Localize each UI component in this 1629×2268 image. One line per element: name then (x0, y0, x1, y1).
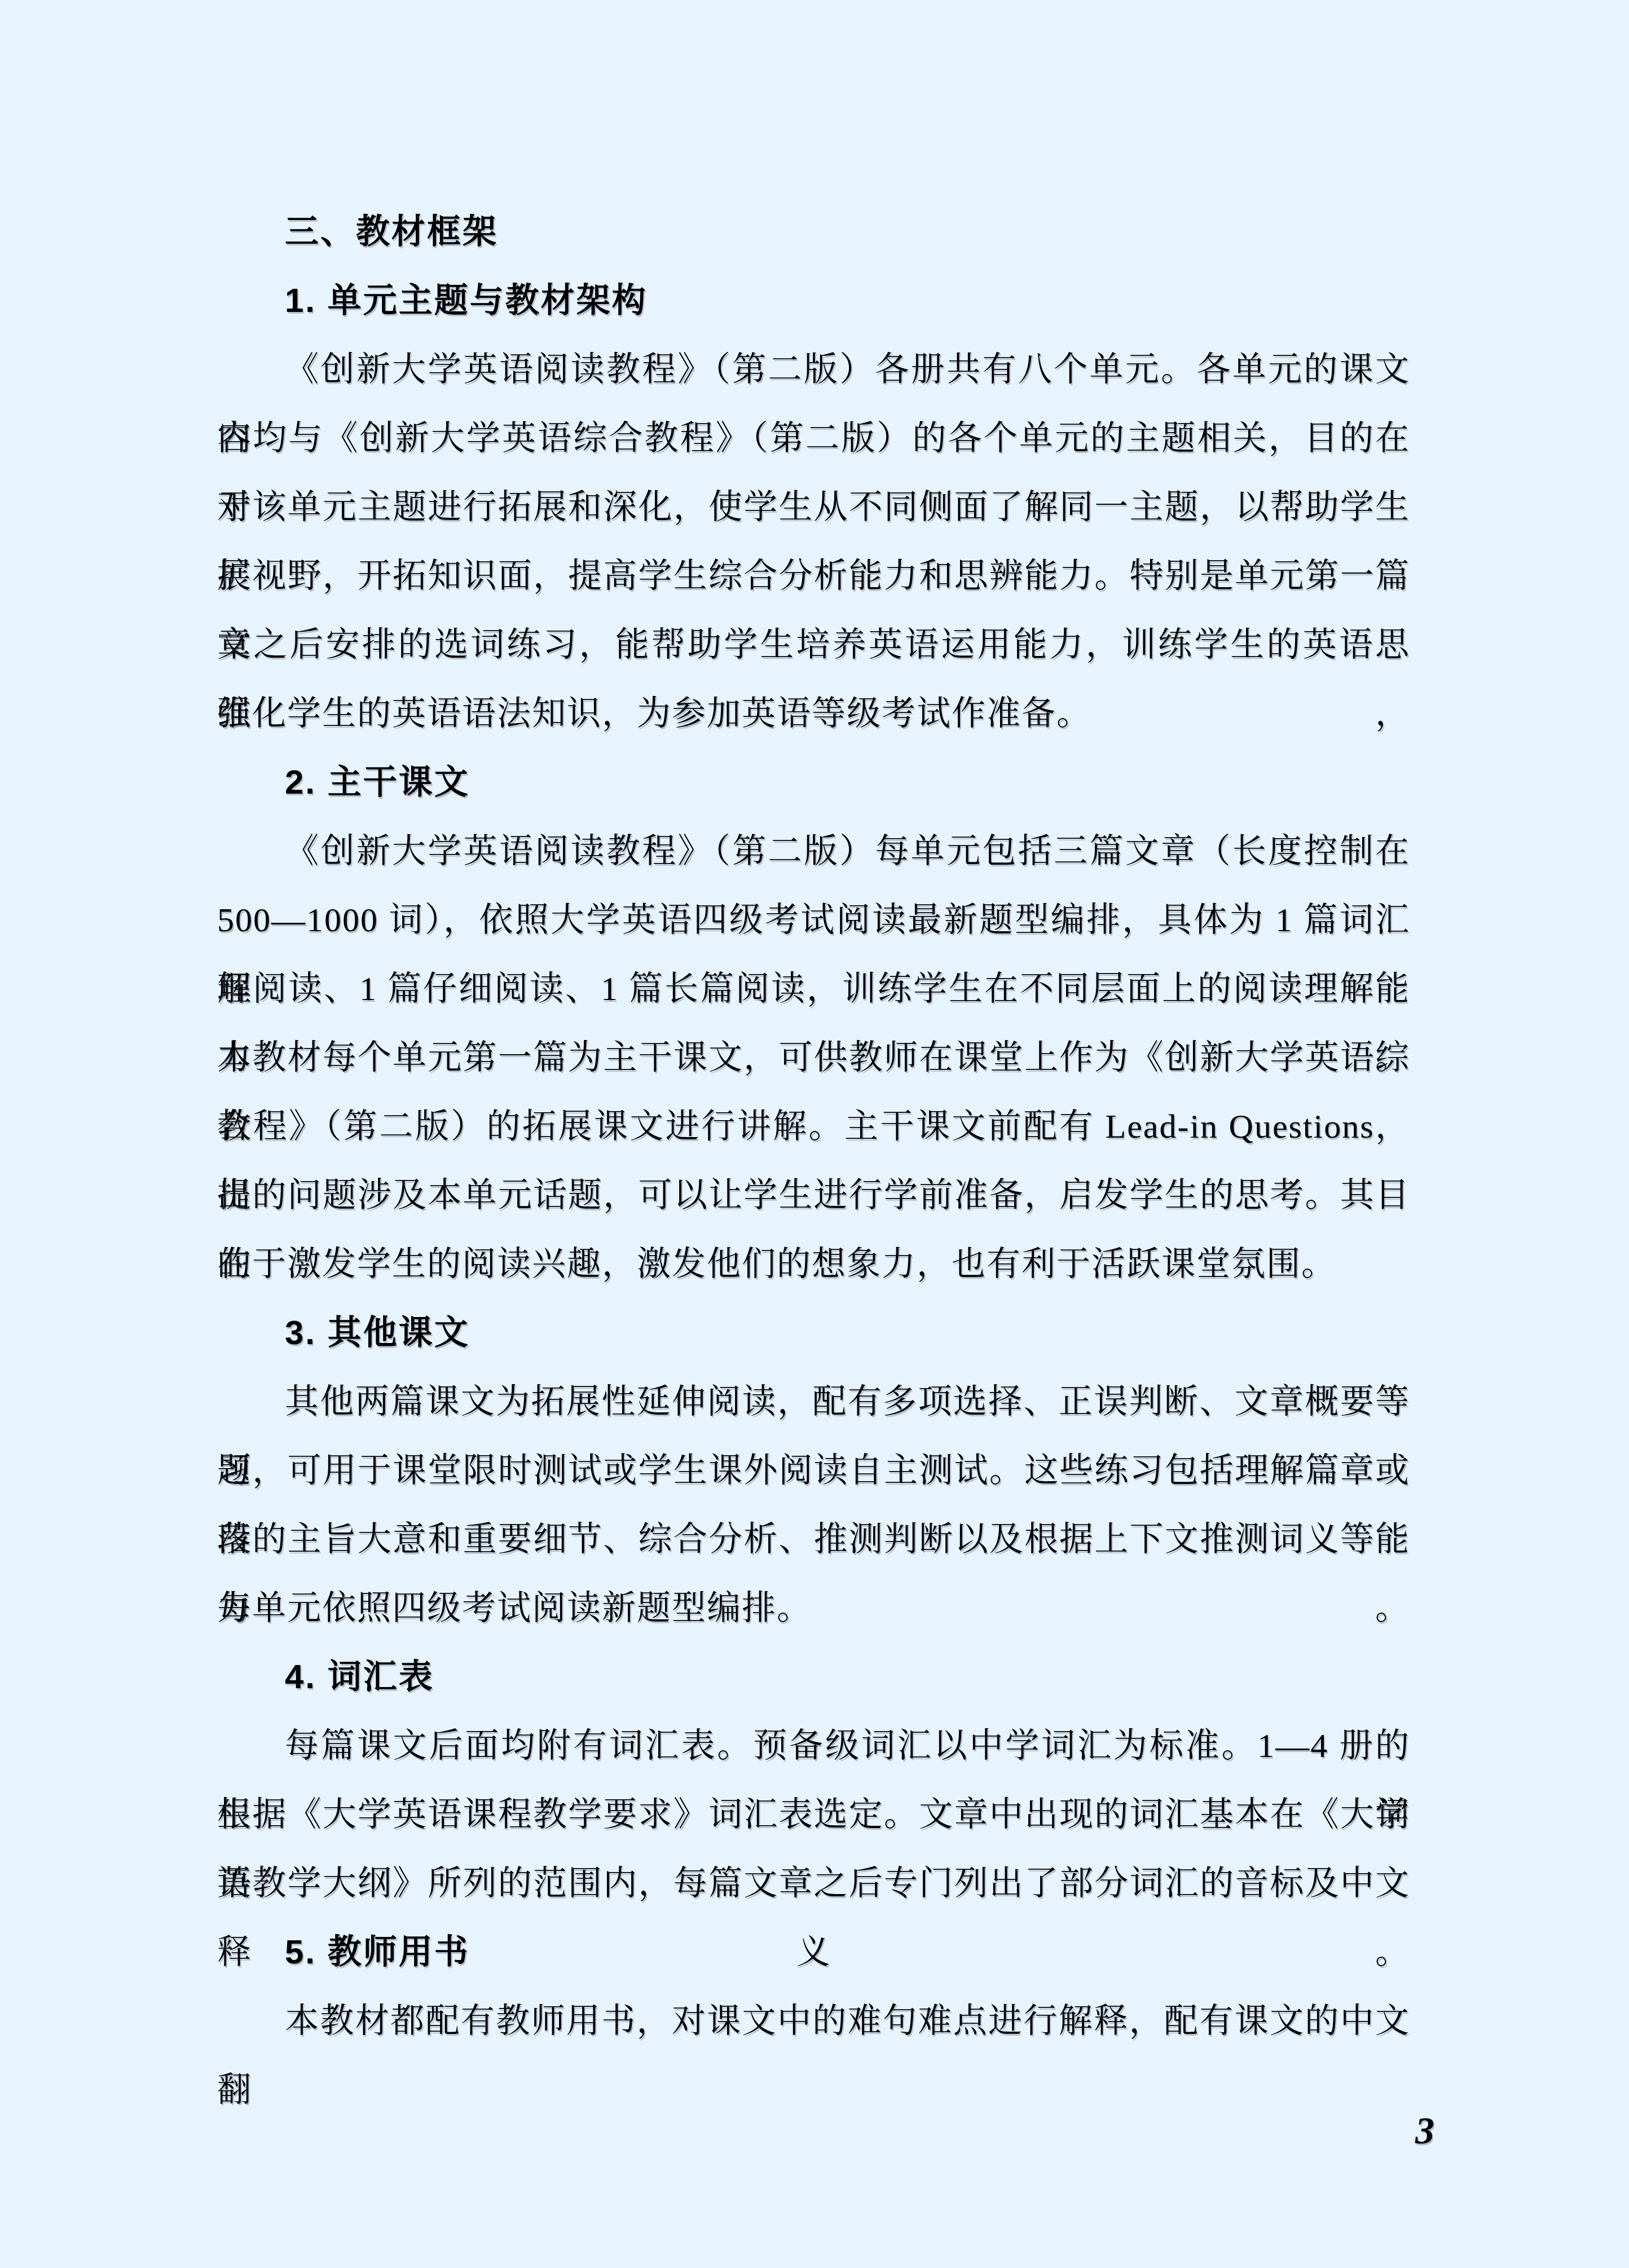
paragraph-line: 每篇课文后面均附有词汇表。预备级词汇以中学词汇为标准。1—4 册的生词 (217, 1711, 1410, 1780)
paragraph-line: 在于激发学生的阅读兴趣，激发他们的想象力，也有利于活跃课堂氛围。 (217, 1230, 1410, 1298)
heading-vocabulary: 4. 词汇表 (217, 1642, 1410, 1711)
paragraph-line: 落的主旨大意和重要细节、综合分析、推测判断以及根据上下文推测词义等能力。 (217, 1505, 1410, 1574)
page-number: 3 (1415, 2108, 1434, 2153)
paragraph-line: 解阅读、1 篇仔细阅读、1 篇长篇阅读，训练学生在不同层面上的阅读理解能力。 (217, 954, 1410, 1023)
paragraph-line: 出的问题涉及本单元话题，可以让学生进行学前准备，启发学生的思考。其目的 (217, 1161, 1410, 1230)
paragraph-line: 对该单元主题进行拓展和深化，使学生从不同侧面了解同一主题，以帮助学生扩 (217, 473, 1410, 541)
paragraph-line: 题，可用于课堂限时测试或学生课外阅读自主测试。这些练习包括理解篇章或段 (217, 1436, 1410, 1505)
heading-main-text: 2. 主干课文 (217, 748, 1410, 817)
heading-other-texts: 3. 其他课文 (217, 1298, 1410, 1367)
paragraph-line: 500—1000 词），依照大学英语四级考试阅读最新题型编排，具体为 1 篇词汇… (217, 886, 1410, 954)
paragraph-line: 《创新大学英语阅读教程》（第二版）各册共有八个单元。各单元的课文内 (217, 335, 1410, 404)
heading-framework: 三、教材框架 (217, 197, 1410, 266)
paragraph-line: 本教材每个单元第一篇为主干课文，可供教师在课堂上作为《创新大学英语综合 (217, 1023, 1410, 1092)
paragraph-line: 其他两篇课文为拓展性延伸阅读，配有多项选择、正误判断、文章概要等习 (217, 1367, 1410, 1436)
paragraph-line: 教程》（第二版）的拓展课文进行讲解。主干课文前配有 Lead-in Questi… (217, 1092, 1410, 1161)
paragraph-line: 章之后安排的选词练习，能帮助学生培养英语运用能力，训练学生的英语思维， (217, 610, 1410, 679)
paragraph-line: 容均与《创新大学英语综合教程》（第二版）的各个单元的主题相关，目的在于 (217, 404, 1410, 473)
heading-unit-theme: 1. 单元主题与教材架构 (217, 266, 1410, 335)
document-page: 三、教材框架 1. 单元主题与教材架构 《创新大学英语阅读教程》（第二版）各册共… (0, 0, 1629, 2268)
paragraph-line: 本教材都配有教师用书，对课文中的难句难点进行解释，配有课文的中文翻 (217, 1987, 1410, 2055)
document-body: 三、教材框架 1. 单元主题与教材架构 《创新大学英语阅读教程》（第二版）各册共… (217, 197, 1410, 2055)
paragraph-line: 根据《大学英语课程教学要求》词汇表选定。文章中出现的词汇基本在《大学英 (217, 1780, 1410, 1849)
paragraph-line: 展视野，开拓知识面，提高学生综合分析能力和思辨能力。特别是单元第一篇文 (217, 541, 1410, 610)
paragraph-line: 语教学大纲》所列的范围内，每篇文章之后专门列出了部分词汇的音标及中文释义。 (217, 1849, 1410, 1918)
paragraph-line: 《创新大学英语阅读教程》（第二版）每单元包括三篇文章（长度控制在 (217, 817, 1410, 886)
